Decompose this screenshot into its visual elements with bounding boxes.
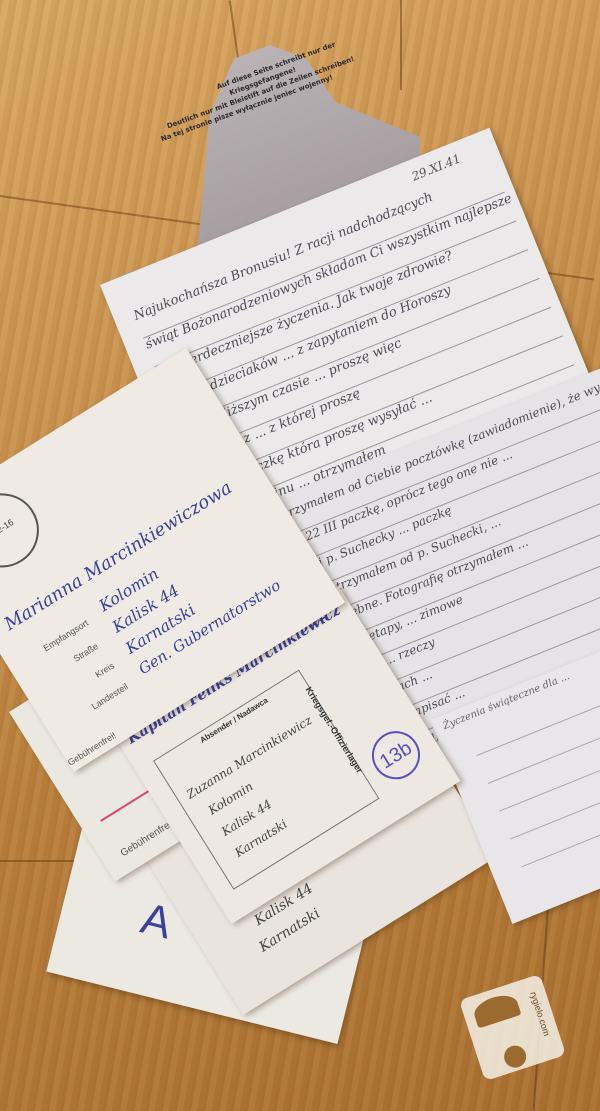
cartoon-face-logo-icon [471,991,522,1029]
cartoon-face-logo-icon [501,1043,529,1071]
camp-stamp-number: 13b [376,737,416,773]
strasse-label: Straße [72,641,100,664]
sender-box-title: Absender / Nadawca [198,696,269,745]
postmark: -7.8.42-16 [0,479,53,581]
watermark-text: rygielo.com [528,990,552,1037]
floor-board-seam [400,0,402,90]
envelope-mark-a: A [136,894,177,950]
kreis-label: Kreis [93,660,116,679]
postmark-date: -7.8.42-16 [0,517,15,547]
landesteil-label: Landesteil [90,681,130,711]
recipient-name: Marianna Marcinkiewiczowa [1,477,236,635]
camp-stamp: 13b [363,722,429,788]
watermark-logo: rygielo.com [459,974,566,1081]
